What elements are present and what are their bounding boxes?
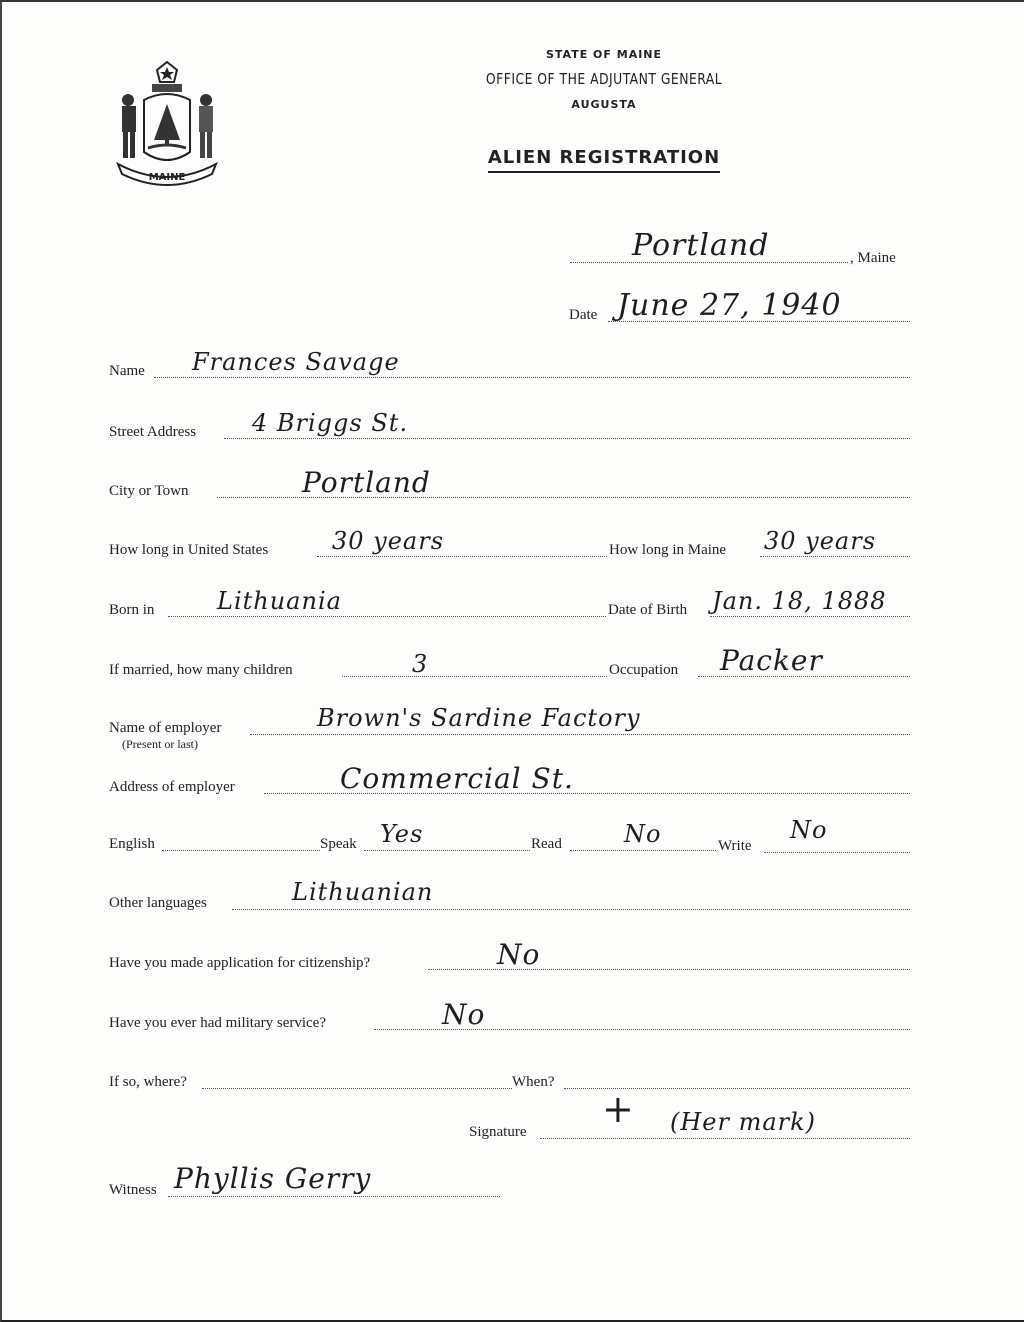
maine-duration-line	[760, 556, 910, 557]
english-label: English	[109, 836, 155, 853]
location-suffix: , Maine	[850, 250, 896, 267]
city-value[interactable]: Portland	[302, 466, 431, 499]
maine-duration-value[interactable]: 30 years	[764, 527, 876, 555]
signature-line	[540, 1138, 910, 1139]
employer-sublabel: (Present or last)	[122, 737, 198, 752]
signature-value[interactable]: (Her mark)	[670, 1108, 816, 1136]
where-label: If so, where?	[109, 1074, 187, 1091]
us-duration-label: How long in United States	[109, 542, 268, 559]
employer-address-label: Address of employer	[109, 779, 235, 796]
speak-value[interactable]: Yes	[380, 820, 423, 848]
military-label: Have you ever had military service?	[109, 1015, 326, 1032]
city-label: City or Town	[109, 483, 189, 500]
born-in-line	[168, 616, 606, 617]
citizenship-value[interactable]: No	[497, 938, 540, 971]
other-languages-line	[232, 909, 910, 910]
street-value[interactable]: 4 Briggs St.	[252, 409, 408, 437]
name-value[interactable]: Frances Savage	[192, 348, 400, 376]
maine-duration-label: How long in Maine	[609, 542, 726, 559]
name-line	[154, 377, 910, 378]
occupation-value[interactable]: Packer	[720, 644, 823, 677]
registration-form-page: MAINE STATE OF MAINE OFFICE OF THE ADJUT…	[0, 0, 1024, 1322]
read-label: Read	[531, 836, 562, 853]
children-value[interactable]: 3	[412, 650, 428, 678]
svg-text:MAINE: MAINE	[149, 172, 186, 183]
write-value[interactable]: No	[790, 816, 827, 844]
street-label: Street Address	[109, 424, 196, 441]
date-value[interactable]: June 27, 1940	[617, 288, 842, 323]
write-label: Write	[718, 838, 752, 855]
write-line	[764, 852, 910, 853]
speak-label: Speak	[320, 836, 357, 853]
employer-label: Name of employer	[109, 720, 221, 737]
read-line	[570, 850, 716, 851]
english-line	[162, 850, 320, 851]
date-label: Date	[569, 307, 597, 324]
occupation-label: Occupation	[609, 662, 678, 679]
born-in-label: Born in	[109, 602, 154, 619]
header-state: STATE OF MAINE	[92, 48, 1024, 61]
read-value[interactable]: No	[624, 820, 661, 848]
children-line	[342, 676, 607, 677]
other-languages-label: Other languages	[109, 895, 207, 912]
signature-mark: +	[602, 1087, 635, 1131]
military-value[interactable]: No	[442, 998, 485, 1031]
signature-label: Signature	[469, 1124, 527, 1141]
speak-line	[364, 850, 530, 851]
us-duration-line	[317, 556, 607, 557]
us-duration-value[interactable]: 30 years	[332, 527, 444, 555]
dob-value[interactable]: Jan. 18, 1888	[712, 587, 887, 615]
street-line	[224, 438, 910, 439]
employer-value[interactable]: Brown's Sardine Factory	[317, 704, 641, 732]
form-title: ALIEN REGISTRATION	[92, 147, 1024, 173]
where-line[interactable]	[202, 1088, 512, 1089]
when-label: When?	[512, 1074, 554, 1091]
dob-label: Date of Birth	[608, 602, 687, 619]
location-value[interactable]: Portland	[632, 228, 769, 263]
citizenship-label: Have you made application for citizenshi…	[109, 955, 370, 972]
dob-line	[710, 616, 910, 617]
name-label: Name	[109, 363, 145, 380]
employer-line	[250, 734, 910, 735]
header-office: OFFICE OF THE ADJUTANT GENERAL	[133, 70, 1024, 88]
children-label: If married, how many children	[109, 662, 293, 679]
other-languages-value[interactable]: Lithuanian	[292, 878, 433, 906]
header-city: AUGUSTA	[92, 98, 1024, 111]
witness-value[interactable]: Phyllis Gerry	[174, 1162, 371, 1195]
witness-label: Witness	[109, 1182, 157, 1199]
born-in-value[interactable]: Lithuania	[217, 587, 342, 615]
employer-address-value[interactable]: Commercial St.	[340, 762, 574, 795]
witness-line	[168, 1196, 500, 1197]
